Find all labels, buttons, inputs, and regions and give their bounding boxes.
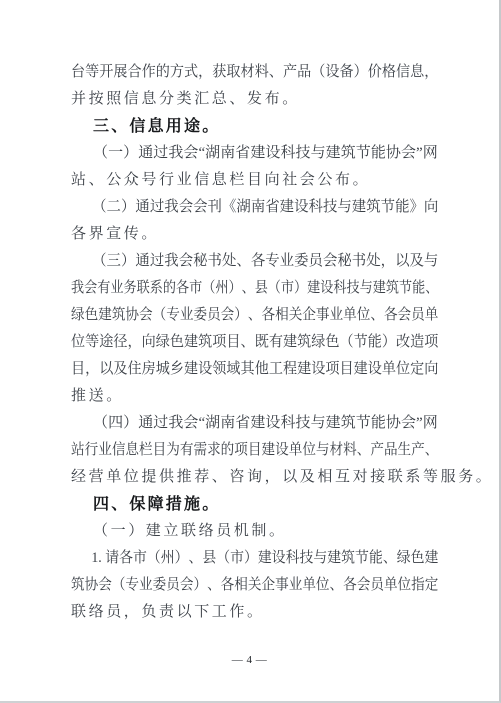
paragraph: （二）通过我会会刊《湖南省建设科技与建筑节能》向各界宣传。 xyxy=(71,194,438,248)
text-line: 目，以及住房城乡建设领域其他工程建设项目建设单位定向 xyxy=(71,356,416,383)
text-line: （四）通过我会“湖南省建设科技与建筑节能协会”网 xyxy=(71,410,438,437)
text-line: 站行业信息栏目为有需求的项目建设单位与材料、产品生产、 xyxy=(71,437,404,464)
section-heading: 四、保障措施。 xyxy=(71,491,438,518)
text-line: 推送。 xyxy=(71,383,438,410)
text-line: 经营单位提供推荐、咨询，以及相互对接联系等服务。 xyxy=(71,464,438,491)
text-line: 并按照信息分类汇总、发布。 xyxy=(71,86,438,113)
paragraph: 1. 请各市（州）、县（市）建设科技与建筑节能、绿色建筑协会（专业委员会）、各相… xyxy=(71,545,438,626)
text-line: 台等开展合作的方式，获取材料、产品（设备）价格信息， xyxy=(71,59,416,86)
text-line: 筑协会（专业委员会）、各相关企事业单位、各会员单位指定 xyxy=(71,572,404,599)
text-line: 联络员，负责以下工作。 xyxy=(71,599,438,626)
paragraph: 台等开展合作的方式，获取材料、产品（设备）价格信息，并按照信息分类汇总、发布。 xyxy=(71,59,438,113)
text-line: 1. 请各市（州）、县（市）建设科技与建筑节能、绿色建 xyxy=(71,545,410,572)
text-line: 三、信息用途。 xyxy=(71,113,438,140)
paragraph: （三）通过我会秘书处、各专业委员会秘书处，以及与我会有业务联系的各市（州）、县（… xyxy=(71,248,438,410)
text-line: （三）通过我会秘书处、各专业委员会秘书处，以及与 xyxy=(71,248,424,275)
text-line: （一）建立联络员机制。 xyxy=(71,518,438,545)
text-line: （一）通过我会“湖南省建设科技与建筑节能协会”网 xyxy=(71,140,438,167)
text-line: 各界宣传。 xyxy=(71,221,438,248)
paragraph: （四）通过我会“湖南省建设科技与建筑节能协会”网站行业信息栏目为有需求的项目建设… xyxy=(71,410,438,491)
text-line: 位等途径，向绿色建筑项目、既有建筑绿色（节能）改造项 xyxy=(71,329,416,356)
text-line: 四、保障措施。 xyxy=(71,491,438,518)
document-page: 台等开展合作的方式，获取材料、产品（设备）价格信息，并按照信息分类汇总、发布。三… xyxy=(0,0,501,703)
text-line: 我会有业务联系的各市（州）、县（市）建设科技与建筑节能、 xyxy=(71,275,392,302)
document-content: 台等开展合作的方式，获取材料、产品（设备）价格信息，并按照信息分类汇总、发布。三… xyxy=(71,59,438,626)
footer-page-number: — 4 — xyxy=(0,650,499,670)
text-line: （二）通过我会会刊《湖南省建设科技与建筑节能》向 xyxy=(71,194,424,221)
paragraph: （一）建立联络员机制。 xyxy=(71,518,438,545)
text-line: 绿色建筑协会（专业委员会）、各相关企事业单位、各会员单 xyxy=(71,302,404,329)
paragraph: （一）通过我会“湖南省建设科技与建筑节能协会”网站、公众号行业信息栏目向社会公布… xyxy=(71,140,438,194)
text-line: 站、公众号行业信息栏目向社会公布。 xyxy=(71,167,438,194)
section-heading: 三、信息用途。 xyxy=(71,113,438,140)
